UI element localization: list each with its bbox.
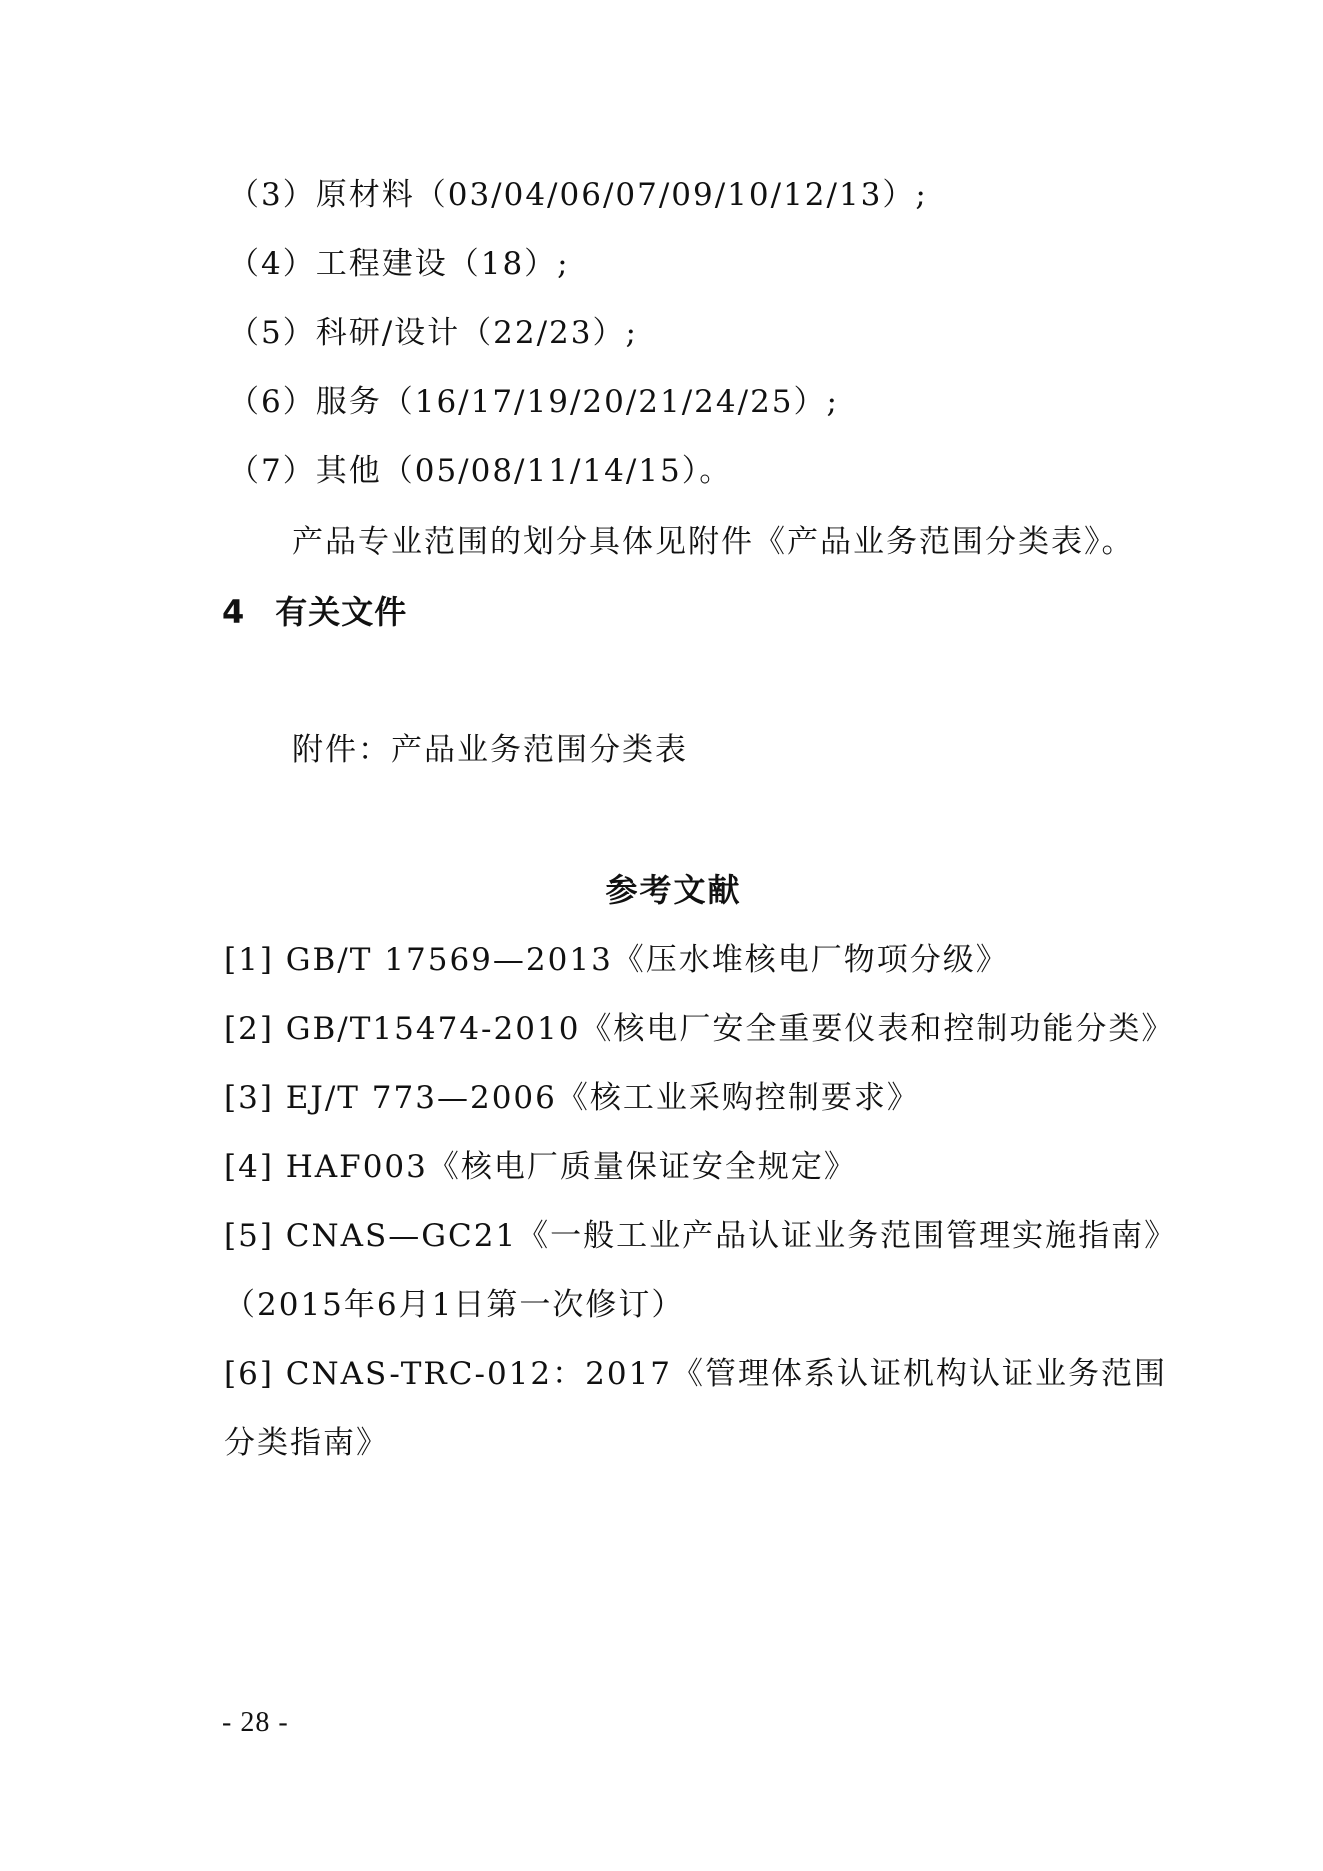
section-number: 4 — [222, 593, 245, 631]
reference-item: [5] CNAS—GC21《一般工业产品认证业务范围管理实施指南》 — [224, 1216, 1177, 1256]
reference-item-continuation: （2015年6月1日第一次修订） — [224, 1285, 684, 1325]
attachment-line: 附件：产品业务范围分类表 — [292, 730, 688, 770]
body-paragraph: 产品专业范围的划分具体见附件《产品业务范围分类表》。 — [292, 522, 1135, 562]
reference-item: [1] GB/T 17569—2013《压水堆核电厂物项分级》 — [224, 940, 1009, 980]
references-title: 参考文献 — [0, 870, 1323, 910]
page-number: - 28 - — [222, 1705, 289, 1741]
reference-item: [2] GB/T15474-2010《核电厂安全重要仪表和控制功能分类》 — [224, 1009, 1174, 1049]
list-item-others: （7）其他（05/08/11/14/15）。 — [228, 451, 732, 491]
reference-item: [6] CNAS-TRC-012：2017《管理体系认证机构认证业务范围 — [224, 1354, 1167, 1394]
list-item-services: （6）服务（16/17/19/20/21/24/25）; — [228, 382, 839, 422]
list-item-research-design: （5）科研/设计（22/23）; — [228, 313, 638, 353]
reference-item: [4] HAF003《核电厂质量保证安全规定》 — [224, 1147, 857, 1187]
section-heading: 4有关文件 — [222, 592, 407, 632]
reference-item: [3] EJ/T 773—2006《核工业采购控制要求》 — [224, 1078, 920, 1118]
list-item-raw-materials: （3）原材料（03/04/06/07/09/10/12/13）; — [228, 175, 928, 215]
list-item-construction: （4）工程建设（18）; — [228, 244, 570, 284]
reference-item-continuation: 分类指南》 — [224, 1423, 389, 1463]
section-title: 有关文件 — [275, 593, 407, 631]
document-page: （3）原材料（03/04/06/07/09/10/12/13）; （4）工程建设… — [0, 0, 1323, 1871]
